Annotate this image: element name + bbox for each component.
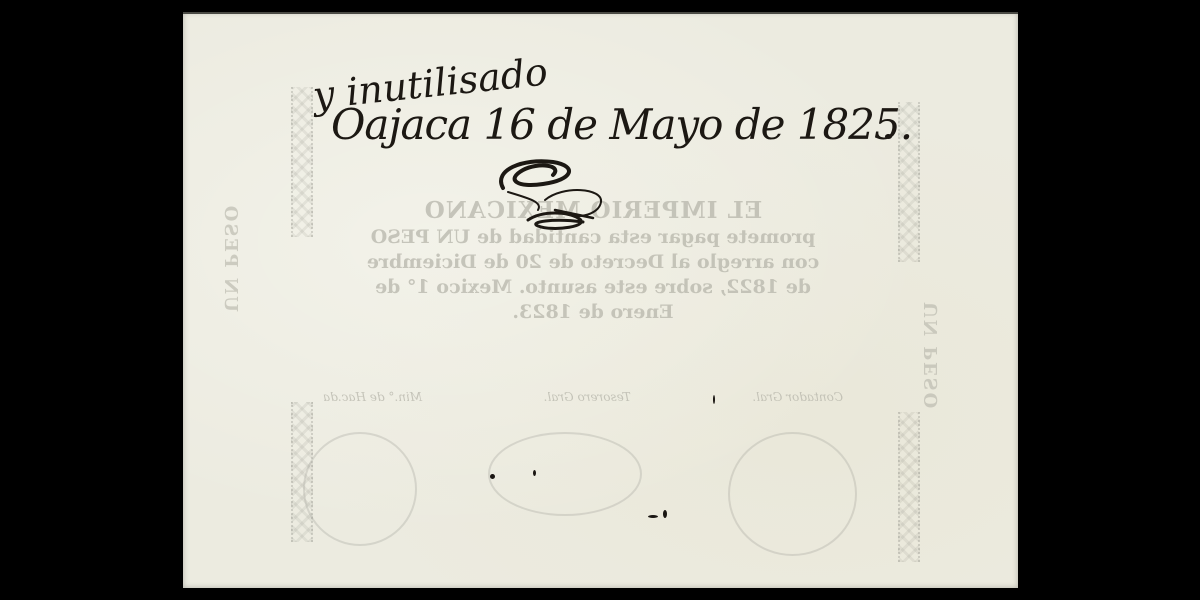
ornamental-border-right-lower [898, 412, 920, 562]
show-through-signatures: Contador Gral. Tesorero Gral. Min.° de H… [323, 390, 843, 404]
ink-speck [663, 510, 667, 518]
ink-speck [490, 474, 495, 479]
seal-stamp-center [488, 432, 642, 516]
show-through-line: Enero de 1823. [273, 300, 913, 325]
ink-speck [533, 470, 536, 476]
vertical-denomination-right: UN PESO [921, 302, 942, 410]
signature-label: Min.° de Hac.da [323, 390, 422, 404]
ink-speck [648, 515, 658, 518]
signature-label: Tesorero Gral. [544, 390, 631, 404]
seal-stamp-right [728, 432, 857, 556]
seal-stamp-left [303, 432, 417, 546]
ink-speck [713, 395, 715, 404]
vertical-denomination-left: UN PESO [220, 204, 241, 312]
show-through-line: de 1822, sobre este asunto. Mexico 1° de [273, 275, 913, 300]
signature-label: Contador Gral. [752, 390, 843, 404]
paper-edge [183, 12, 1018, 14]
scan-stage: UN PESO UN PESO EL IMPERIO MEXICANO prom… [0, 0, 1200, 600]
signature-flourish-icon [483, 140, 643, 235]
banknote-paper: UN PESO UN PESO EL IMPERIO MEXICANO prom… [183, 12, 1018, 588]
show-through-line: con arreglo al Decreto de 20 de Diciembr… [273, 250, 913, 275]
